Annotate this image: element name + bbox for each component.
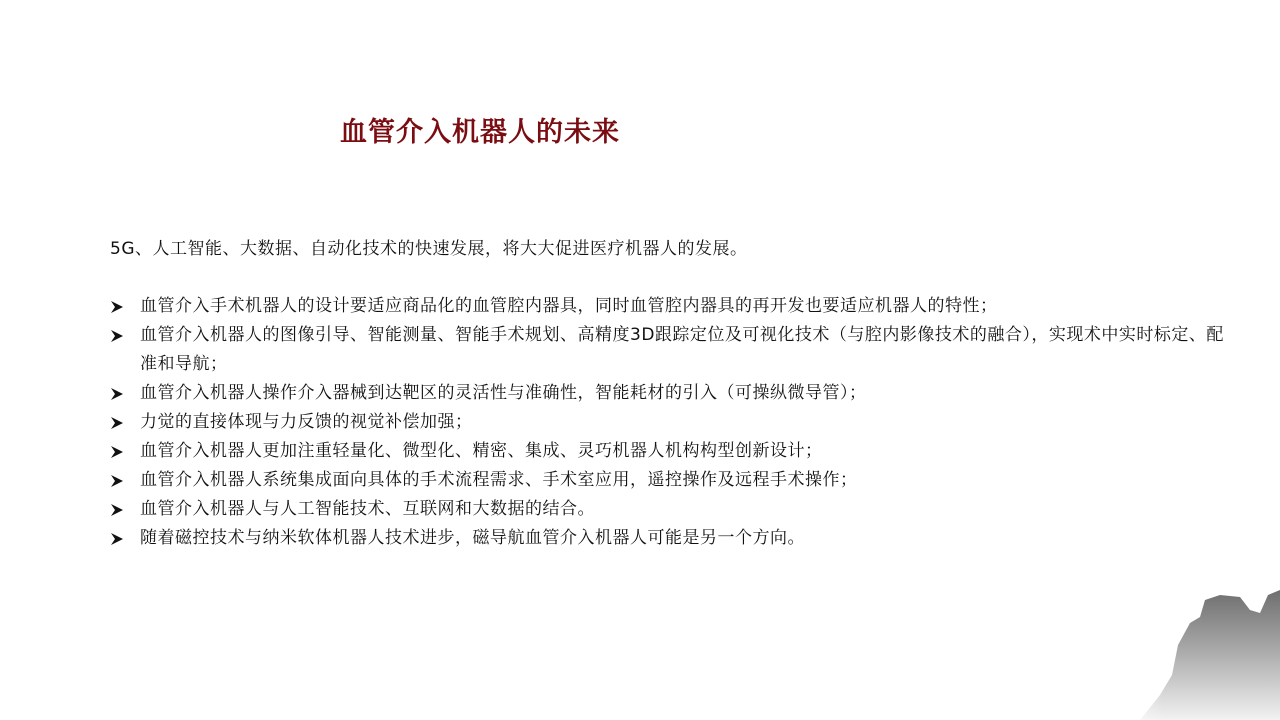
bullet-text: 血管介入机器人与人工智能技术、互联网和大数据的结合。 bbox=[140, 499, 595, 519]
arrowhead-bullet-icon bbox=[110, 474, 124, 488]
arrowhead-bullet-icon bbox=[110, 532, 124, 546]
bullet-item: 力觉的直接体现与力反馈的视觉补偿加强； bbox=[110, 408, 1230, 437]
bullet-item: 血管介入机器人的图像引导、智能测量、智能手术规划、高精度3D跟踪定位及可视化技术… bbox=[110, 321, 1230, 379]
bullet-item: 血管介入机器人与人工智能技术、互联网和大数据的结合。 bbox=[110, 495, 1230, 524]
arrowhead-bullet-icon bbox=[110, 300, 124, 314]
bullet-text: 力觉的直接体现与力反馈的视觉补偿加强； bbox=[140, 412, 473, 432]
arrowhead-bullet-icon bbox=[110, 416, 124, 430]
bullet-item: 血管介入机器人更加注重轻量化、微型化、精密、集成、灵巧机器人机构构型创新设计； bbox=[110, 437, 1230, 466]
bullet-list: 血管介入手术机器人的设计要适应商品化的血管腔内器具，同时血管腔内器具的再开发也要… bbox=[110, 292, 1230, 553]
bullet-text: 血管介入机器人操作介入器械到达靶区的灵活性与准确性，智能耗材的引入（可操纵微导管… bbox=[140, 383, 867, 403]
arrowhead-bullet-icon bbox=[110, 329, 124, 343]
slide-title: 血管介入机器人的未来 bbox=[340, 110, 620, 149]
bullet-text: 血管介入机器人更加注重轻量化、微型化、精密、集成、灵巧机器人机构构型创新设计； bbox=[140, 441, 823, 461]
bullet-text: 血管介入手术机器人的设计要适应商品化的血管腔内器具，同时血管腔内器具的再开发也要… bbox=[140, 296, 998, 316]
arrowhead-bullet-icon bbox=[110, 445, 124, 459]
bullet-item: 血管介入机器人系统集成面向具体的手术流程需求、手术室应用，遥控操作及远程手术操作… bbox=[110, 466, 1230, 495]
bullet-item: 血管介入手术机器人的设计要适应商品化的血管腔内器具，同时血管腔内器具的再开发也要… bbox=[110, 292, 1230, 321]
ink-mountain-icon bbox=[1100, 575, 1280, 720]
bullet-text: 血管介入机器人系统集成面向具体的手术流程需求、手术室应用，遥控操作及远程手术操作… bbox=[140, 470, 858, 490]
bullet-text: 血管介入机器人的图像引导、智能测量、智能手术规划、高精度3D跟踪定位及可视化技术… bbox=[140, 325, 1224, 374]
bullet-item: 血管介入机器人操作介入器械到达靶区的灵活性与准确性，智能耗材的引入（可操纵微导管… bbox=[110, 379, 1230, 408]
intro-text: 5G、人工智能、大数据、自动化技术的快速发展，将大大促进医疗机器人的发展。 bbox=[110, 234, 748, 259]
arrowhead-bullet-icon bbox=[110, 503, 124, 517]
bullet-item: 随着磁控技术与纳米软体机器人技术进步，磁导航血管介入机器人可能是另一个方向。 bbox=[110, 524, 1230, 553]
arrowhead-bullet-icon bbox=[110, 387, 124, 401]
bullet-text: 随着磁控技术与纳米软体机器人技术进步，磁导航血管介入机器人可能是另一个方向。 bbox=[140, 528, 805, 548]
